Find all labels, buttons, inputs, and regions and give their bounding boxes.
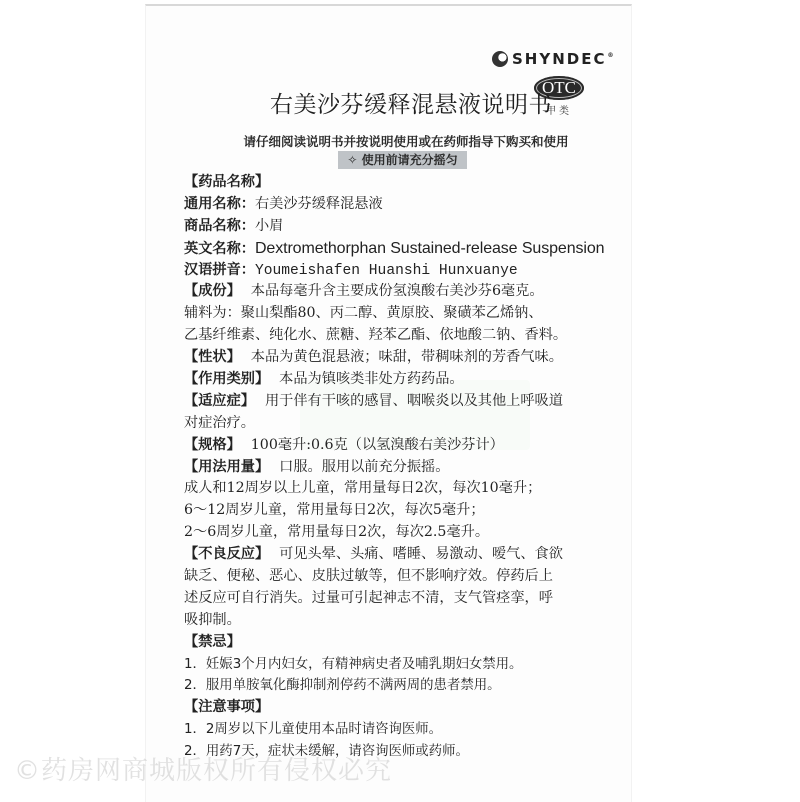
brand-logo: SHYNDEC ® [492,50,613,68]
section-heading-description: 【性状】 [184,349,241,365]
section-heading-contraindications: 【禁忌】 [184,632,644,654]
english-name-value: Dextromethorphan Sustained-release Suspe… [255,240,605,257]
adverse-text: 可见头晕、头痛、嗜睡、易激动、嗳气、食欲 [279,546,563,562]
section-heading-composition: 【成份】 [184,283,241,299]
dosage-children-6-12: 6～12周岁儿童，常用量每日2次，每次5毫升； [184,500,644,522]
contraindication-item: 1．妊娠3个月内妇女，有精神病史者及哺乳期妇女禁用。 [184,654,644,676]
dosage-intro: 口服。服用以前充分振摇。 [279,459,449,475]
generic-name-label: 通用名称： [184,196,255,212]
indications-text-cont: 对症治疗。 [184,413,644,435]
category-text: 本品为镇咳类非处方药药品。 [279,371,463,387]
composition-excipients-2: 乙基纤维素、纯化水、蔗糖、羟苯乙酯、依地酸二钠、香料。 [184,325,644,347]
precaution-item: 1．2周岁以下儿童使用本品时请咨询医师。 [184,719,644,741]
trade-name-label: 商品名称： [184,218,255,234]
indications-text: 用于伴有干咳的感冒、咽喉炎以及其他上呼吸道 [265,393,563,409]
composition-text: 本品每毫升含主要成份氢溴酸右美沙芬6毫克。 [251,283,544,299]
section-heading-indications: 【适应症】 [184,393,255,409]
description-row: 【性状】本品为黄色混悬液；味甜，带稠味剂的芳香气味。 [184,347,644,369]
composition-row: 【成份】本品每毫升含主要成份氢溴酸右美沙芬6毫克。 [184,281,644,303]
section-heading-drug-name: 【药品名称】 [184,172,644,194]
dosage-adults: 成人和12周岁以上儿童，常用量每日2次，每次10毫升； [184,478,644,500]
pinyin-row: 汉语拼音：Youmeishafen Huanshi Hunxuanye [184,260,644,282]
pinyin-value: Youmeishafen Huanshi Hunxuanye [255,263,518,279]
document-title: 右美沙芬缓释混悬液说明书 [270,86,552,119]
specification-text: 100毫升:0.6克（以氢溴酸右美沙芬计） [251,437,504,453]
indications-row: 【适应症】用于伴有干咳的感冒、咽喉炎以及其他上呼吸道 [184,391,644,413]
adverse-row: 【不良反应】可见头晕、头痛、嗜睡、易激动、嗳气、食欲 [184,544,644,566]
dosage-children-2-6: 2～6周岁儿童，常用量每日2次，每次2.5毫升。 [184,522,644,544]
trade-name-value: 小眉 [255,218,283,234]
brand-swirl-icon [492,51,508,67]
adverse-text-2: 缺乏、便秘、恶心、皮肤过敏等，但不影响疗效。停药后上 [184,566,644,588]
section-heading-specification: 【规格】 [184,437,241,453]
contraindication-item: 2．服用单胺氧化酶抑制剂停药不满两周的患者禁用。 [184,675,644,697]
generic-name-row: 通用名称：右美沙芬缓释混悬液 [184,194,644,216]
brand-name: SHYNDEC [512,50,606,68]
english-name-label: 英文名称： [184,241,255,257]
section-heading-category: 【作用类别】 [184,371,269,387]
shake-notice-badge: ✧ 使用前请充分摇匀 [338,151,467,169]
trade-name-row: 商品名称：小眉 [184,216,644,238]
adverse-text-4: 吸抑制。 [184,610,644,632]
pinyin-label: 汉语拼音： [184,262,255,278]
dosage-row: 【用法用量】口服。服用以前充分振摇。 [184,457,644,479]
leaflet-body: 【药品名称】 通用名称：右美沙芬缓释混悬液 商品名称：小眉 英文名称：Dextr… [184,172,644,763]
registered-mark: ® [607,52,613,59]
english-name-row: 英文名称：Dextromethorphan Sustained-release … [184,238,644,260]
section-heading-dosage: 【用法用量】 [184,459,269,475]
section-heading-precautions: 【注意事项】 [184,697,644,719]
generic-name-value: 右美沙芬缓释混悬液 [255,196,383,212]
section-heading-adverse: 【不良反应】 [184,546,269,562]
description-text: 本品为黄色混悬液；味甜，带稠味剂的芳香气味。 [251,349,563,365]
specification-row: 【规格】100毫升:0.6克（以氢溴酸右美沙芬计） [184,435,644,457]
composition-excipients-1: 辅料为：聚山梨酯80、丙二醇、黄原胶、聚磺苯乙烯钠、 [184,303,644,325]
usage-notice: 请仔细阅读说明书并按说明使用或在药师指导下购买和使用 [0,132,800,150]
copyright-watermark: ©药房网商城版权所有侵权必究 [14,750,392,787]
category-row: 【作用类别】本品为镇咳类非处方药药品。 [184,369,644,391]
adverse-text-3: 述反应可自行消失。过量可引起神志不清，支气管痉挛，呼 [184,588,644,610]
